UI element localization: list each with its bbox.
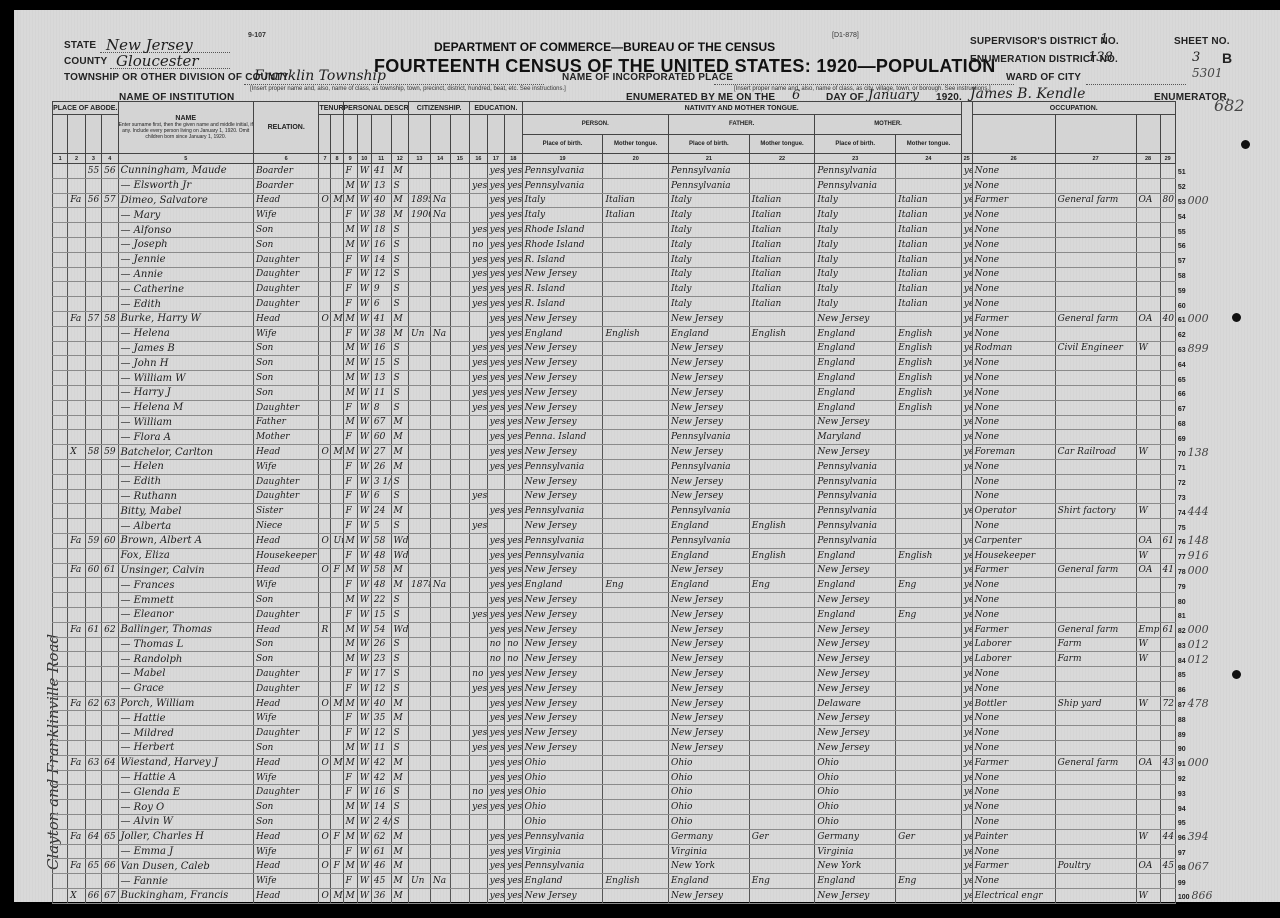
pob-cell: Pennsylvania bbox=[522, 504, 603, 519]
mt-cell bbox=[603, 770, 669, 785]
rel-cell: Son bbox=[253, 356, 319, 371]
f-cell: 65 bbox=[102, 829, 118, 844]
d-cell: 62 bbox=[85, 696, 101, 711]
eng-cell: yes bbox=[961, 726, 972, 741]
f-cell bbox=[102, 844, 118, 859]
h-cell bbox=[68, 874, 85, 889]
occ-cell: Housekeeper bbox=[972, 548, 1055, 563]
rel-cell: Wife bbox=[253, 208, 319, 223]
line-number: 95 bbox=[1175, 815, 1228, 830]
mmt-cell bbox=[896, 800, 962, 815]
rel-cell: Daughter bbox=[253, 267, 319, 282]
own-cell bbox=[319, 593, 331, 608]
eng-cell: yes bbox=[961, 785, 972, 800]
punch-hole bbox=[1241, 140, 1250, 149]
own-cell bbox=[319, 223, 331, 238]
own-cell bbox=[319, 667, 331, 682]
fpob-cell: England bbox=[668, 874, 749, 889]
ms-cell: Wd bbox=[391, 533, 408, 548]
age-cell: 15 bbox=[371, 607, 391, 622]
line-number-text: 65 bbox=[1178, 377, 1186, 384]
fpob-cell: Pennsylvania bbox=[668, 459, 749, 474]
mpob-cell: New Jersey bbox=[815, 681, 896, 696]
f-cell bbox=[102, 297, 118, 312]
farm-cell bbox=[1160, 519, 1175, 534]
sch-cell bbox=[470, 578, 487, 593]
farm-cell bbox=[1160, 548, 1175, 563]
rd-cell: yes bbox=[487, 326, 504, 341]
fpob-cell: Italy bbox=[668, 267, 749, 282]
occ-cell: None bbox=[972, 385, 1055, 400]
sch-cell bbox=[470, 459, 487, 474]
f-cell: 56 bbox=[102, 164, 118, 179]
fm-cell bbox=[331, 385, 343, 400]
fmt-cell bbox=[749, 681, 815, 696]
eng-cell: yes bbox=[961, 445, 972, 460]
d-cell bbox=[85, 371, 101, 386]
mpob-cell: Italy bbox=[815, 208, 896, 223]
rel-cell: Mother bbox=[253, 430, 319, 445]
d-cell: 60 bbox=[85, 563, 101, 578]
wr-cell: yes bbox=[505, 874, 523, 889]
race-cell: W bbox=[357, 829, 371, 844]
cls-cell: W bbox=[1136, 548, 1160, 563]
street-cell bbox=[53, 208, 68, 223]
cls-cell bbox=[1136, 519, 1160, 534]
name-cell: Burke, Harry W bbox=[118, 311, 253, 326]
census-row: — GraceDaughterFW12SyesyesyesNew JerseyN… bbox=[53, 681, 1229, 696]
race-cell: W bbox=[357, 297, 371, 312]
sch-cell: yes bbox=[470, 800, 487, 815]
wr-cell: yes bbox=[505, 785, 523, 800]
f-cell bbox=[102, 178, 118, 193]
d-cell bbox=[85, 607, 101, 622]
street-cell bbox=[53, 652, 68, 667]
cls-cell bbox=[1136, 681, 1160, 696]
sex-cell: M bbox=[343, 889, 357, 904]
ms-cell: S bbox=[391, 356, 408, 371]
eng-cell: yes bbox=[961, 829, 972, 844]
eng-cell: yes bbox=[961, 341, 972, 356]
line-number: 83 012 bbox=[1175, 637, 1228, 652]
fmt-cell bbox=[749, 711, 815, 726]
nat-cell bbox=[430, 667, 450, 682]
column-number: 8 bbox=[331, 154, 343, 164]
county-value: Gloucester bbox=[116, 52, 199, 70]
d-cell bbox=[85, 770, 101, 785]
state-label: STATE bbox=[64, 40, 96, 51]
farm-cell bbox=[1160, 489, 1175, 504]
county-label: COUNTY bbox=[64, 56, 107, 67]
ind-cell bbox=[1055, 741, 1136, 756]
yn-cell bbox=[450, 652, 470, 667]
rel-cell: Son bbox=[253, 237, 319, 252]
ind-cell bbox=[1055, 297, 1136, 312]
age-cell: 45 bbox=[371, 874, 391, 889]
own-cell bbox=[319, 252, 331, 267]
mt-cell bbox=[603, 474, 669, 489]
mpob-cell: Germany bbox=[815, 829, 896, 844]
fm-cell bbox=[331, 430, 343, 445]
cls-cell bbox=[1136, 178, 1160, 193]
mpob-cell: New Jersey bbox=[815, 593, 896, 608]
mt-cell bbox=[603, 548, 669, 563]
pob-cell: Ohio bbox=[522, 815, 603, 830]
fmt-cell bbox=[749, 533, 815, 548]
f-cell bbox=[102, 593, 118, 608]
ind-cell bbox=[1055, 770, 1136, 785]
rd-cell: yes bbox=[487, 726, 504, 741]
ms-cell: S bbox=[391, 607, 408, 622]
column-number: 27 bbox=[1055, 154, 1136, 164]
fpob-cell: Italy bbox=[668, 282, 749, 297]
imm-cell bbox=[409, 711, 431, 726]
rd-cell: yes bbox=[487, 371, 504, 386]
fpob-cell: Pennsylvania bbox=[668, 178, 749, 193]
h-cell bbox=[68, 178, 85, 193]
farm-cell bbox=[1160, 741, 1175, 756]
fpob-cell: Pennsylvania bbox=[668, 164, 749, 179]
sex-cell: M bbox=[343, 385, 357, 400]
ms-cell: S bbox=[391, 178, 408, 193]
cls-cell: OA bbox=[1136, 193, 1160, 208]
line-number: 62 bbox=[1175, 326, 1228, 341]
fmt-cell bbox=[749, 563, 815, 578]
h-cell bbox=[68, 400, 85, 415]
age-cell: 58 bbox=[371, 533, 391, 548]
margin-annotation: 148 bbox=[1188, 534, 1209, 547]
right-margin bbox=[1175, 102, 1228, 164]
line-number-text: 84 bbox=[1178, 658, 1186, 665]
eng-cell: yes bbox=[961, 696, 972, 711]
eng-cell: yes bbox=[961, 297, 972, 312]
mmt-cell: Eng bbox=[896, 607, 962, 622]
f-cell bbox=[102, 252, 118, 267]
sch-cell: yes bbox=[470, 371, 487, 386]
cls-cell: W bbox=[1136, 637, 1160, 652]
mmt-cell bbox=[896, 785, 962, 800]
cls-cell bbox=[1136, 874, 1160, 889]
census-row: — WilliamFatherMW67MyesyesNew JerseyNew … bbox=[53, 415, 1229, 430]
occ-cell: None bbox=[972, 578, 1055, 593]
occ-cell: None bbox=[972, 252, 1055, 267]
mpob-cell: Italy bbox=[815, 252, 896, 267]
fmt-cell bbox=[749, 741, 815, 756]
rd-cell: yes bbox=[487, 297, 504, 312]
race-cell: W bbox=[357, 667, 371, 682]
age-cell: 36 bbox=[371, 889, 391, 904]
wr-cell: yes bbox=[505, 252, 523, 267]
fpob-cell: Ohio bbox=[668, 800, 749, 815]
rel-cell: Head bbox=[253, 622, 319, 637]
f-cell bbox=[102, 223, 118, 238]
sch-cell: yes bbox=[470, 178, 487, 193]
fm-cell bbox=[331, 297, 343, 312]
nat-cell: Na bbox=[430, 874, 450, 889]
rel-cell: Daughter bbox=[253, 726, 319, 741]
street-cell bbox=[53, 889, 68, 904]
name-cell: Buckingham, Francis bbox=[118, 889, 253, 904]
yn-cell bbox=[450, 356, 470, 371]
mmt-cell: Italian bbox=[896, 282, 962, 297]
eng-cell: yes bbox=[961, 371, 972, 386]
farm-cell: 80 bbox=[1160, 193, 1175, 208]
race-cell: W bbox=[357, 859, 371, 874]
cls-cell bbox=[1136, 385, 1160, 400]
race-cell: W bbox=[357, 815, 371, 830]
race-cell: W bbox=[357, 563, 371, 578]
rel-cell: Daughter bbox=[253, 252, 319, 267]
fm-cell bbox=[331, 711, 343, 726]
ms-cell: S bbox=[391, 267, 408, 282]
mpob-cell: England bbox=[815, 548, 896, 563]
eng-cell: yes bbox=[961, 533, 972, 548]
age-cell: 13 bbox=[371, 371, 391, 386]
mpob-cell: Pennsylvania bbox=[815, 504, 896, 519]
line-number: 66 bbox=[1175, 385, 1228, 400]
census-row: Fa6162Ballinger, ThomasHeadRMW54Wdyesyes… bbox=[53, 622, 1229, 637]
f-cell: 59 bbox=[102, 445, 118, 460]
occ-cell: Painter bbox=[972, 829, 1055, 844]
line-number-text: 79 bbox=[1178, 584, 1186, 591]
ms-cell: M bbox=[391, 563, 408, 578]
column-number: 18 bbox=[505, 154, 523, 164]
fpob-cell: New Jersey bbox=[668, 371, 749, 386]
ms-cell: M bbox=[391, 504, 408, 519]
margin-annotation: 444 bbox=[1188, 505, 1209, 518]
line-number: 54 bbox=[1175, 208, 1228, 223]
line-number-text: 92 bbox=[1178, 776, 1186, 783]
own-cell bbox=[319, 815, 331, 830]
f-cell: 64 bbox=[102, 755, 118, 770]
mmt-cell: English bbox=[896, 356, 962, 371]
pob-cell: New Jersey bbox=[522, 726, 603, 741]
pob-cell: England bbox=[522, 578, 603, 593]
pob-cell: New Jersey bbox=[522, 489, 603, 504]
mpob-cell: England bbox=[815, 874, 896, 889]
mt-cell bbox=[603, 519, 669, 534]
street-cell bbox=[53, 829, 68, 844]
own-cell bbox=[319, 711, 331, 726]
wr-cell bbox=[505, 474, 523, 489]
rd-cell: yes bbox=[487, 445, 504, 460]
ms-cell: M bbox=[391, 844, 408, 859]
rel-cell: Wife bbox=[253, 844, 319, 859]
line-number-text: 94 bbox=[1178, 806, 1186, 813]
ind-cell bbox=[1055, 711, 1136, 726]
street-cell bbox=[53, 726, 68, 741]
fm-cell bbox=[331, 237, 343, 252]
street-cell bbox=[53, 504, 68, 519]
name-cell: — Randolph bbox=[118, 652, 253, 667]
mmt-cell: English bbox=[896, 400, 962, 415]
yn-cell bbox=[450, 445, 470, 460]
sch-cell: no bbox=[470, 237, 487, 252]
sex-cell: F bbox=[343, 844, 357, 859]
nativity-heading: NATIVITY AND MOTHER TONGUE. bbox=[685, 105, 799, 112]
h-cell bbox=[68, 371, 85, 386]
ms-cell: M bbox=[391, 755, 408, 770]
street-cell bbox=[53, 311, 68, 326]
name-cell: — William W bbox=[118, 371, 253, 386]
d-cell: 57 bbox=[85, 311, 101, 326]
ms-cell: S bbox=[391, 681, 408, 696]
name-cell: — Helen bbox=[118, 459, 253, 474]
street-cell bbox=[53, 667, 68, 682]
mpob-cell: New Jersey bbox=[815, 563, 896, 578]
line-number: 65 bbox=[1175, 371, 1228, 386]
cls-cell: W bbox=[1136, 889, 1160, 904]
own-cell bbox=[319, 341, 331, 356]
name-cell: Van Dusen, Caleb bbox=[118, 859, 253, 874]
nat-cell bbox=[430, 859, 450, 874]
mt-cell bbox=[603, 504, 669, 519]
own-cell: O bbox=[319, 755, 331, 770]
race-cell: W bbox=[357, 844, 371, 859]
col-mother-pob: Place of birth. bbox=[815, 134, 896, 154]
farm-cell: 45 bbox=[1160, 859, 1175, 874]
age-cell: 16 bbox=[371, 341, 391, 356]
race-cell: W bbox=[357, 430, 371, 445]
h-cell bbox=[68, 770, 85, 785]
occ-cell: Operator bbox=[972, 504, 1055, 519]
farm-cell bbox=[1160, 164, 1175, 179]
sex-cell: M bbox=[343, 859, 357, 874]
occ-cell: Electrical engr bbox=[972, 889, 1055, 904]
d-cell bbox=[85, 548, 101, 563]
mt-cell bbox=[603, 652, 669, 667]
mpob-cell: New Jersey bbox=[815, 652, 896, 667]
column-number: 15 bbox=[450, 154, 470, 164]
name-cell: Batchelor, Carlton bbox=[118, 445, 253, 460]
ind-cell bbox=[1055, 164, 1136, 179]
ind-cell: Poultry bbox=[1055, 859, 1136, 874]
street-cell bbox=[53, 415, 68, 430]
street-cell bbox=[53, 474, 68, 489]
street-cell bbox=[53, 815, 68, 830]
sex-cell: M bbox=[343, 193, 357, 208]
nat-cell bbox=[430, 652, 450, 667]
line-number: 82 000 bbox=[1175, 622, 1228, 637]
fmt-cell: Ger bbox=[749, 829, 815, 844]
occ-cell: None bbox=[972, 237, 1055, 252]
imm-cell bbox=[409, 696, 431, 711]
d-cell bbox=[85, 430, 101, 445]
yn-cell bbox=[450, 208, 470, 223]
sex-cell: M bbox=[343, 237, 357, 252]
fm-cell bbox=[331, 415, 343, 430]
h-cell bbox=[68, 326, 85, 341]
sex-cell: F bbox=[343, 459, 357, 474]
d-cell bbox=[85, 726, 101, 741]
column-number: 23 bbox=[815, 154, 896, 164]
line-number-text: 96 bbox=[1178, 835, 1186, 842]
cls-cell: W bbox=[1136, 504, 1160, 519]
mpob-cell: England bbox=[815, 356, 896, 371]
mpob-cell: England bbox=[815, 607, 896, 622]
name-cell: — Hattie bbox=[118, 711, 253, 726]
mmt-cell bbox=[896, 741, 962, 756]
rel-cell: Head bbox=[253, 445, 319, 460]
fmt-cell bbox=[749, 178, 815, 193]
yn-cell bbox=[450, 164, 470, 179]
occ-cell: None bbox=[972, 297, 1055, 312]
mmt-cell bbox=[896, 459, 962, 474]
mmt-cell bbox=[896, 889, 962, 904]
occ-cell: Farmer bbox=[972, 311, 1055, 326]
own-cell bbox=[319, 400, 331, 415]
margin-annotation: 916 bbox=[1188, 549, 1209, 562]
street-cell bbox=[53, 770, 68, 785]
mpob-cell: Maryland bbox=[815, 430, 896, 445]
pob-cell: Penna. Island bbox=[522, 430, 603, 445]
sex-cell: F bbox=[343, 164, 357, 179]
rd-cell: yes bbox=[487, 237, 504, 252]
name-cell: — Alberta bbox=[118, 519, 253, 534]
wr-cell: yes bbox=[505, 563, 523, 578]
h-cell bbox=[68, 164, 85, 179]
col-father-pob: Place of birth. bbox=[668, 134, 749, 154]
age-cell: 6 bbox=[371, 489, 391, 504]
mmt-cell: Italian bbox=[896, 193, 962, 208]
line-number-text: 55 bbox=[1178, 229, 1186, 236]
fm-cell: F bbox=[331, 563, 343, 578]
census-row: — FannieWifeFW45MUnNayesyesEnglandEnglis… bbox=[53, 874, 1229, 889]
race-cell: W bbox=[357, 223, 371, 238]
race-cell: W bbox=[357, 696, 371, 711]
pob-cell: Virginia bbox=[522, 844, 603, 859]
ind-cell bbox=[1055, 800, 1136, 815]
name-cell: Porch, William bbox=[118, 696, 253, 711]
ms-cell: M bbox=[391, 874, 408, 889]
fpob-cell: Ohio bbox=[668, 770, 749, 785]
pob-cell: England bbox=[522, 326, 603, 341]
name-cell: — Alvin W bbox=[118, 815, 253, 830]
fpob-cell: England bbox=[668, 548, 749, 563]
nat-cell: Na bbox=[430, 193, 450, 208]
fmt-cell bbox=[749, 430, 815, 445]
farm-cell bbox=[1160, 445, 1175, 460]
age-cell: 38 bbox=[371, 326, 391, 341]
line-number-text: 90 bbox=[1178, 746, 1186, 753]
margin-annotation: 012 bbox=[1188, 653, 1209, 666]
ind-cell: Car Railroad bbox=[1055, 445, 1136, 460]
fpob-cell: Italy bbox=[668, 237, 749, 252]
line-number-text: 98 bbox=[1178, 865, 1186, 872]
sch-cell bbox=[470, 637, 487, 652]
yn-cell bbox=[450, 696, 470, 711]
race-cell: W bbox=[357, 637, 371, 652]
name-cell: — Emmett bbox=[118, 593, 253, 608]
line-number: 71 bbox=[1175, 459, 1228, 474]
yn-cell bbox=[450, 874, 470, 889]
mmt-cell bbox=[896, 637, 962, 652]
census-row: — Harry JSonMW11SyesyesyesNew JerseyNew … bbox=[53, 385, 1229, 400]
mmt-cell: Italian bbox=[896, 223, 962, 238]
h-cell bbox=[68, 208, 85, 223]
street-cell bbox=[53, 844, 68, 859]
nat-cell bbox=[430, 785, 450, 800]
sex-cell: M bbox=[343, 593, 357, 608]
line-number: 100 866 bbox=[1175, 889, 1228, 904]
ms-cell: M bbox=[391, 459, 408, 474]
mmt-cell bbox=[896, 726, 962, 741]
cls-cell bbox=[1136, 326, 1160, 341]
occ-cell: Farmer bbox=[972, 563, 1055, 578]
fmt-cell: Italian bbox=[749, 223, 815, 238]
farm-cell: 41 bbox=[1160, 563, 1175, 578]
line-number-text: 89 bbox=[1178, 732, 1186, 739]
